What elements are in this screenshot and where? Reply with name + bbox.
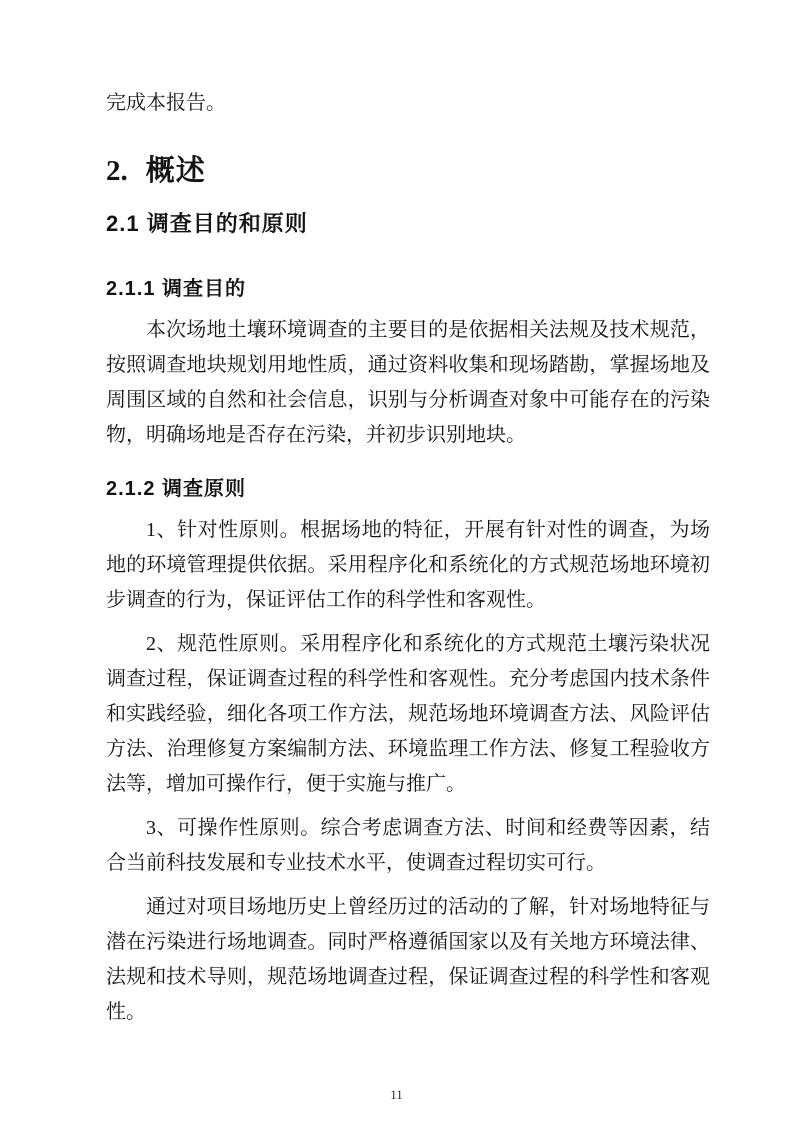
page-number: 11 bbox=[390, 1087, 403, 1102]
chapter-title: 概述 bbox=[146, 155, 206, 187]
chapter-number: 2. bbox=[106, 153, 128, 189]
leading-paragraph: 完成本报告。 bbox=[106, 86, 710, 121]
paragraph-principle-3: 3、可操作性原则。综合考虑调查方法、时间和经费等因素，结合当前科技发展和专业技术… bbox=[106, 811, 710, 881]
chapter-heading: 2.概述 bbox=[106, 153, 710, 189]
subsection-heading-principles: 2.1.2 调查原则 bbox=[106, 477, 710, 501]
paragraph-principle-1: 1、针对性原则。根据场地的特征，开展有针对性的调查，为场地的环境管理提供依据。采… bbox=[106, 513, 710, 618]
document-page: 完成本报告。 2.概述 2.1 调查目的和原则 2.1.1 调查目的 本次场地土… bbox=[0, 0, 793, 1122]
paragraph-principles-summary: 通过对项目场地历史上曾经历过的活动的了解，针对场地特征与潜在污染进行场地调查。同… bbox=[106, 890, 710, 1030]
subsection-survey-purpose: 2.1.1 调查目的 本次场地土壤环境调查的主要目的是依据相关法规及技术规范，按… bbox=[106, 277, 710, 453]
paragraph-principle-2: 2、规范性原则。采用程序化和系统化的方式规范土壤污染状况调查过程，保证调查过程的… bbox=[106, 627, 710, 802]
subsection-survey-principles: 2.1.2 调查原则 1、针对性原则。根据场地的特征，开展有针对性的调查，为场地… bbox=[106, 477, 710, 1030]
section-heading: 2.1 调查目的和原则 bbox=[106, 211, 710, 237]
subsection-heading-purpose: 2.1.1 调查目的 bbox=[106, 277, 710, 301]
paragraph-purpose: 本次场地土壤环境调查的主要目的是依据相关法规及技术规范，按照调查地块规划用地性质… bbox=[106, 313, 710, 453]
page-footer: 11 bbox=[0, 1086, 793, 1104]
